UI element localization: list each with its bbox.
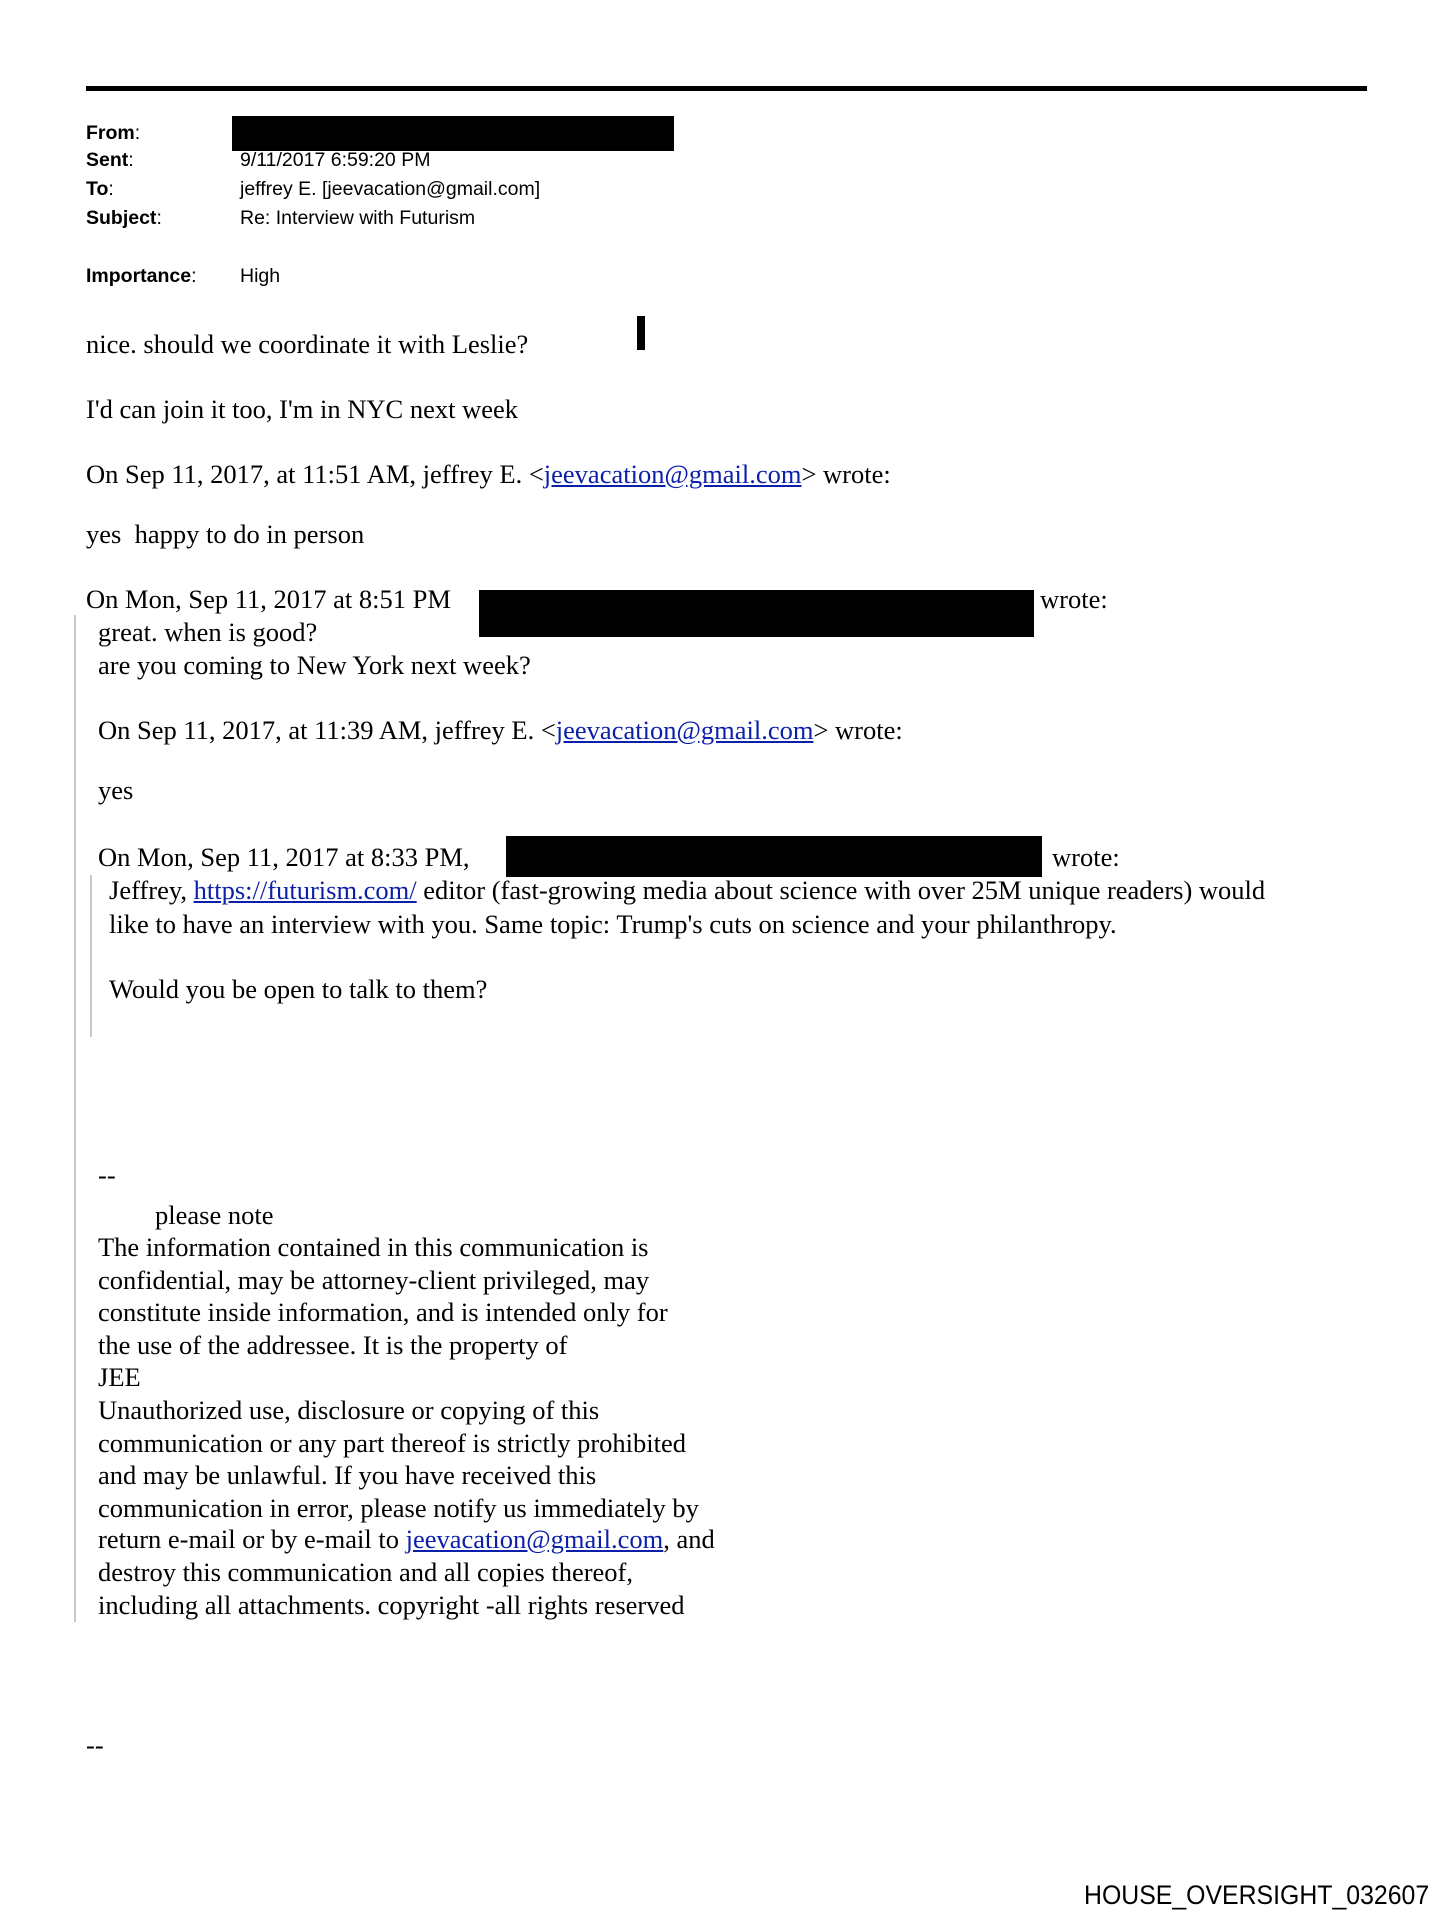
email-link[interactable]: jeevacation@gmail.com — [556, 715, 814, 745]
disclaimer-line: communication in error, please notify us… — [98, 1492, 699, 1524]
importance-label: Importance: — [86, 264, 197, 288]
quote-4-wrote: wrote: — [1052, 841, 1120, 873]
disclaimer-line: constitute inside information, and is in… — [98, 1296, 668, 1328]
body-line-1: nice. should we coordinate it with Lesli… — [86, 328, 528, 360]
disclaimer-line: confidential, may be attorney-client pri… — [98, 1264, 649, 1296]
quote-4-line-2: like to have an interview with you. Same… — [109, 908, 1117, 940]
quote-3-attribution: On Sep 11, 2017, at 11:39 AM, jeffrey E.… — [98, 714, 903, 746]
subject-label: Subject: — [86, 206, 162, 230]
disclaimer-line: communication or any part thereof is str… — [98, 1427, 686, 1459]
disclaimer-line: and may be unlawful. If you have receive… — [98, 1459, 596, 1491]
quote-2-wrote: wrote: — [1040, 583, 1108, 615]
to-value: jeffrey E. [jeevacation@gmail.com] — [240, 177, 540, 201]
quote-2-line-1: great. when is good? — [98, 616, 317, 648]
futurism-link[interactable]: https://futurism.com/ — [194, 875, 417, 905]
disclaimer-tail-1: destroy this communication and all copie… — [98, 1556, 633, 1588]
disclaimer-line: the use of the addressee. It is the prop… — [98, 1329, 567, 1361]
redaction-mark — [637, 316, 645, 350]
quote-2-line-2: are you coming to New York next week? — [98, 649, 531, 681]
to-label: To: — [86, 177, 114, 201]
from-label: From: — [86, 121, 140, 145]
disclaimer-line: JEE — [98, 1361, 141, 1393]
quote-bar-level-2 — [90, 875, 92, 1037]
sent-label: Sent: — [86, 148, 134, 172]
quote-4-attribution: On Mon, Sep 11, 2017 at 8:33 PM, — [98, 841, 470, 873]
redaction-sender — [479, 590, 1034, 637]
bates-number: HOUSE_OVERSIGHT_032607 — [1084, 1880, 1429, 1911]
please-note: please note — [155, 1199, 273, 1231]
disclaimer-email-line: return e-mail or by e-mail to jeevacatio… — [98, 1523, 715, 1555]
quote-2-attribution: On Mon, Sep 11, 2017 at 8:51 PM — [86, 583, 451, 615]
final-separator: -- — [86, 1729, 104, 1761]
quote-1-text: yes happy to do in person — [86, 518, 364, 550]
quote-1-attribution: On Sep 11, 2017, at 11:51 AM, jeffrey E.… — [86, 458, 891, 490]
disclaimer-line: The information contained in this commun… — [98, 1231, 649, 1263]
body-line-2: I'd can join it too, I'm in NYC next wee… — [86, 393, 518, 425]
signature-separator: -- — [98, 1159, 116, 1191]
disclaimer-email-link[interactable]: jeevacation@gmail.com — [406, 1524, 664, 1554]
quote-3-text: yes — [98, 774, 133, 806]
quote-bar-level-1 — [74, 615, 76, 1622]
subject-value: Re: Interview with Futurism — [240, 206, 475, 230]
redaction-from — [232, 116, 674, 151]
importance-value: High — [240, 264, 280, 288]
quote-4-line-3: Would you be open to talk to them? — [109, 973, 487, 1005]
sent-value: 9/11/2017 6:59:20 PM — [240, 148, 430, 172]
disclaimer-line: Unauthorized use, disclosure or copying … — [98, 1394, 599, 1426]
redaction-sender-2 — [506, 836, 1042, 877]
quote-4-line-1: Jeffrey, https://futurism.com/ editor (f… — [109, 874, 1265, 906]
disclaimer-tail-2: including all attachments. copyright -al… — [98, 1589, 685, 1621]
header-rule — [86, 86, 1367, 91]
email-link[interactable]: jeevacation@gmail.com — [544, 459, 802, 489]
